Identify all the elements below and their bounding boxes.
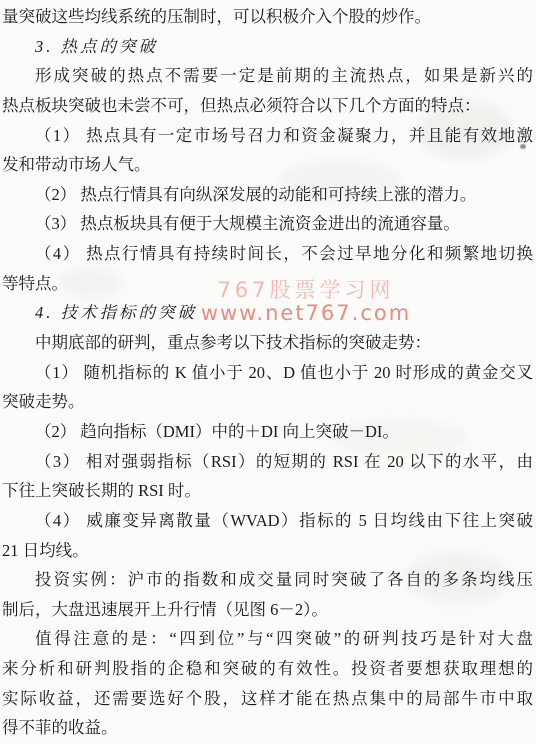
section-heading: 4. 技术指标的突破	[2, 298, 533, 328]
text-line: （3） 热点板块具有便于大规模主流资金进出的流通容量。	[2, 209, 533, 239]
text-line: 21 日均线。	[2, 536, 533, 566]
text-line: 得不菲的收益。	[2, 713, 533, 743]
text-line: （1） 热点具有一定市场号召力和资金凝聚力，并且能有效地激	[2, 121, 533, 151]
text-line: 量突破这些均线系统的压制时，可以积极介入个股的炒作。	[2, 2, 533, 32]
page-text: 量突破这些均线系统的压制时，可以积极介入个股的炒作。3. 热点的突破形成突破的热…	[2, 2, 533, 743]
text-line: 投资实例：沪市的指数和成交量同时突破了各自的多条均线压	[2, 565, 533, 595]
text-line: 下往上突破长期的 RSI 时。	[2, 476, 533, 506]
section-heading: 3. 热点的突破	[2, 32, 533, 62]
text-line: （2） 趋向指标（DMI）中的＋DI 向上突破－DI。	[2, 417, 533, 447]
text-line: 突破走势。	[2, 387, 533, 417]
text-line: 形成突破的热点不需要一定是前期的主流热点，如果是新兴的	[2, 61, 533, 91]
text-line: 热点板块突破也未尝不可，但热点必须符合以下几个方面的特点：	[2, 91, 533, 121]
text-line: 等特点。	[2, 269, 533, 299]
text-line: （4） 威廉变异离散量（WVAD）指标的 5 日均线由下往上突破	[2, 506, 533, 536]
text-line: 来分析和研判股指的企稳和突破的有效性。投资者要想获取理想的	[2, 654, 533, 684]
text-line: （4） 热点行情具有持续时间长，不会过早地分化和频繁地切换	[2, 239, 533, 269]
scanned-book-page: 767股票学习网 www.net767.com 量突破这些均线系统的压制时，可以…	[0, 0, 536, 744]
text-line: （2） 热点行情具有向纵深发展的动能和可持续上涨的潜力。	[2, 180, 533, 210]
text-line: 发和带动市场人气。	[2, 150, 533, 180]
text-line: （3） 相对强弱指标（RSI）的短期的 RSI 在 20 以下的水平，由	[2, 447, 533, 477]
text-line: 中期底部的研判，重点参考以下技术指标的突破走势：	[2, 328, 533, 358]
text-line: 值得注意的是：“四到位”与“四突破”的研判技巧是针对大盘	[2, 624, 533, 654]
text-line: 制后，大盘迅速展开上升行情（见图 6－2）。	[2, 595, 533, 625]
text-line: （1） 随机指标的 K 值小于 20、D 值也小于 20 时形成的黄金交叉	[2, 358, 533, 388]
text-line: 实际收益，还需要选好个股，这样才能在热点集中的局部牛市中取	[2, 684, 533, 714]
